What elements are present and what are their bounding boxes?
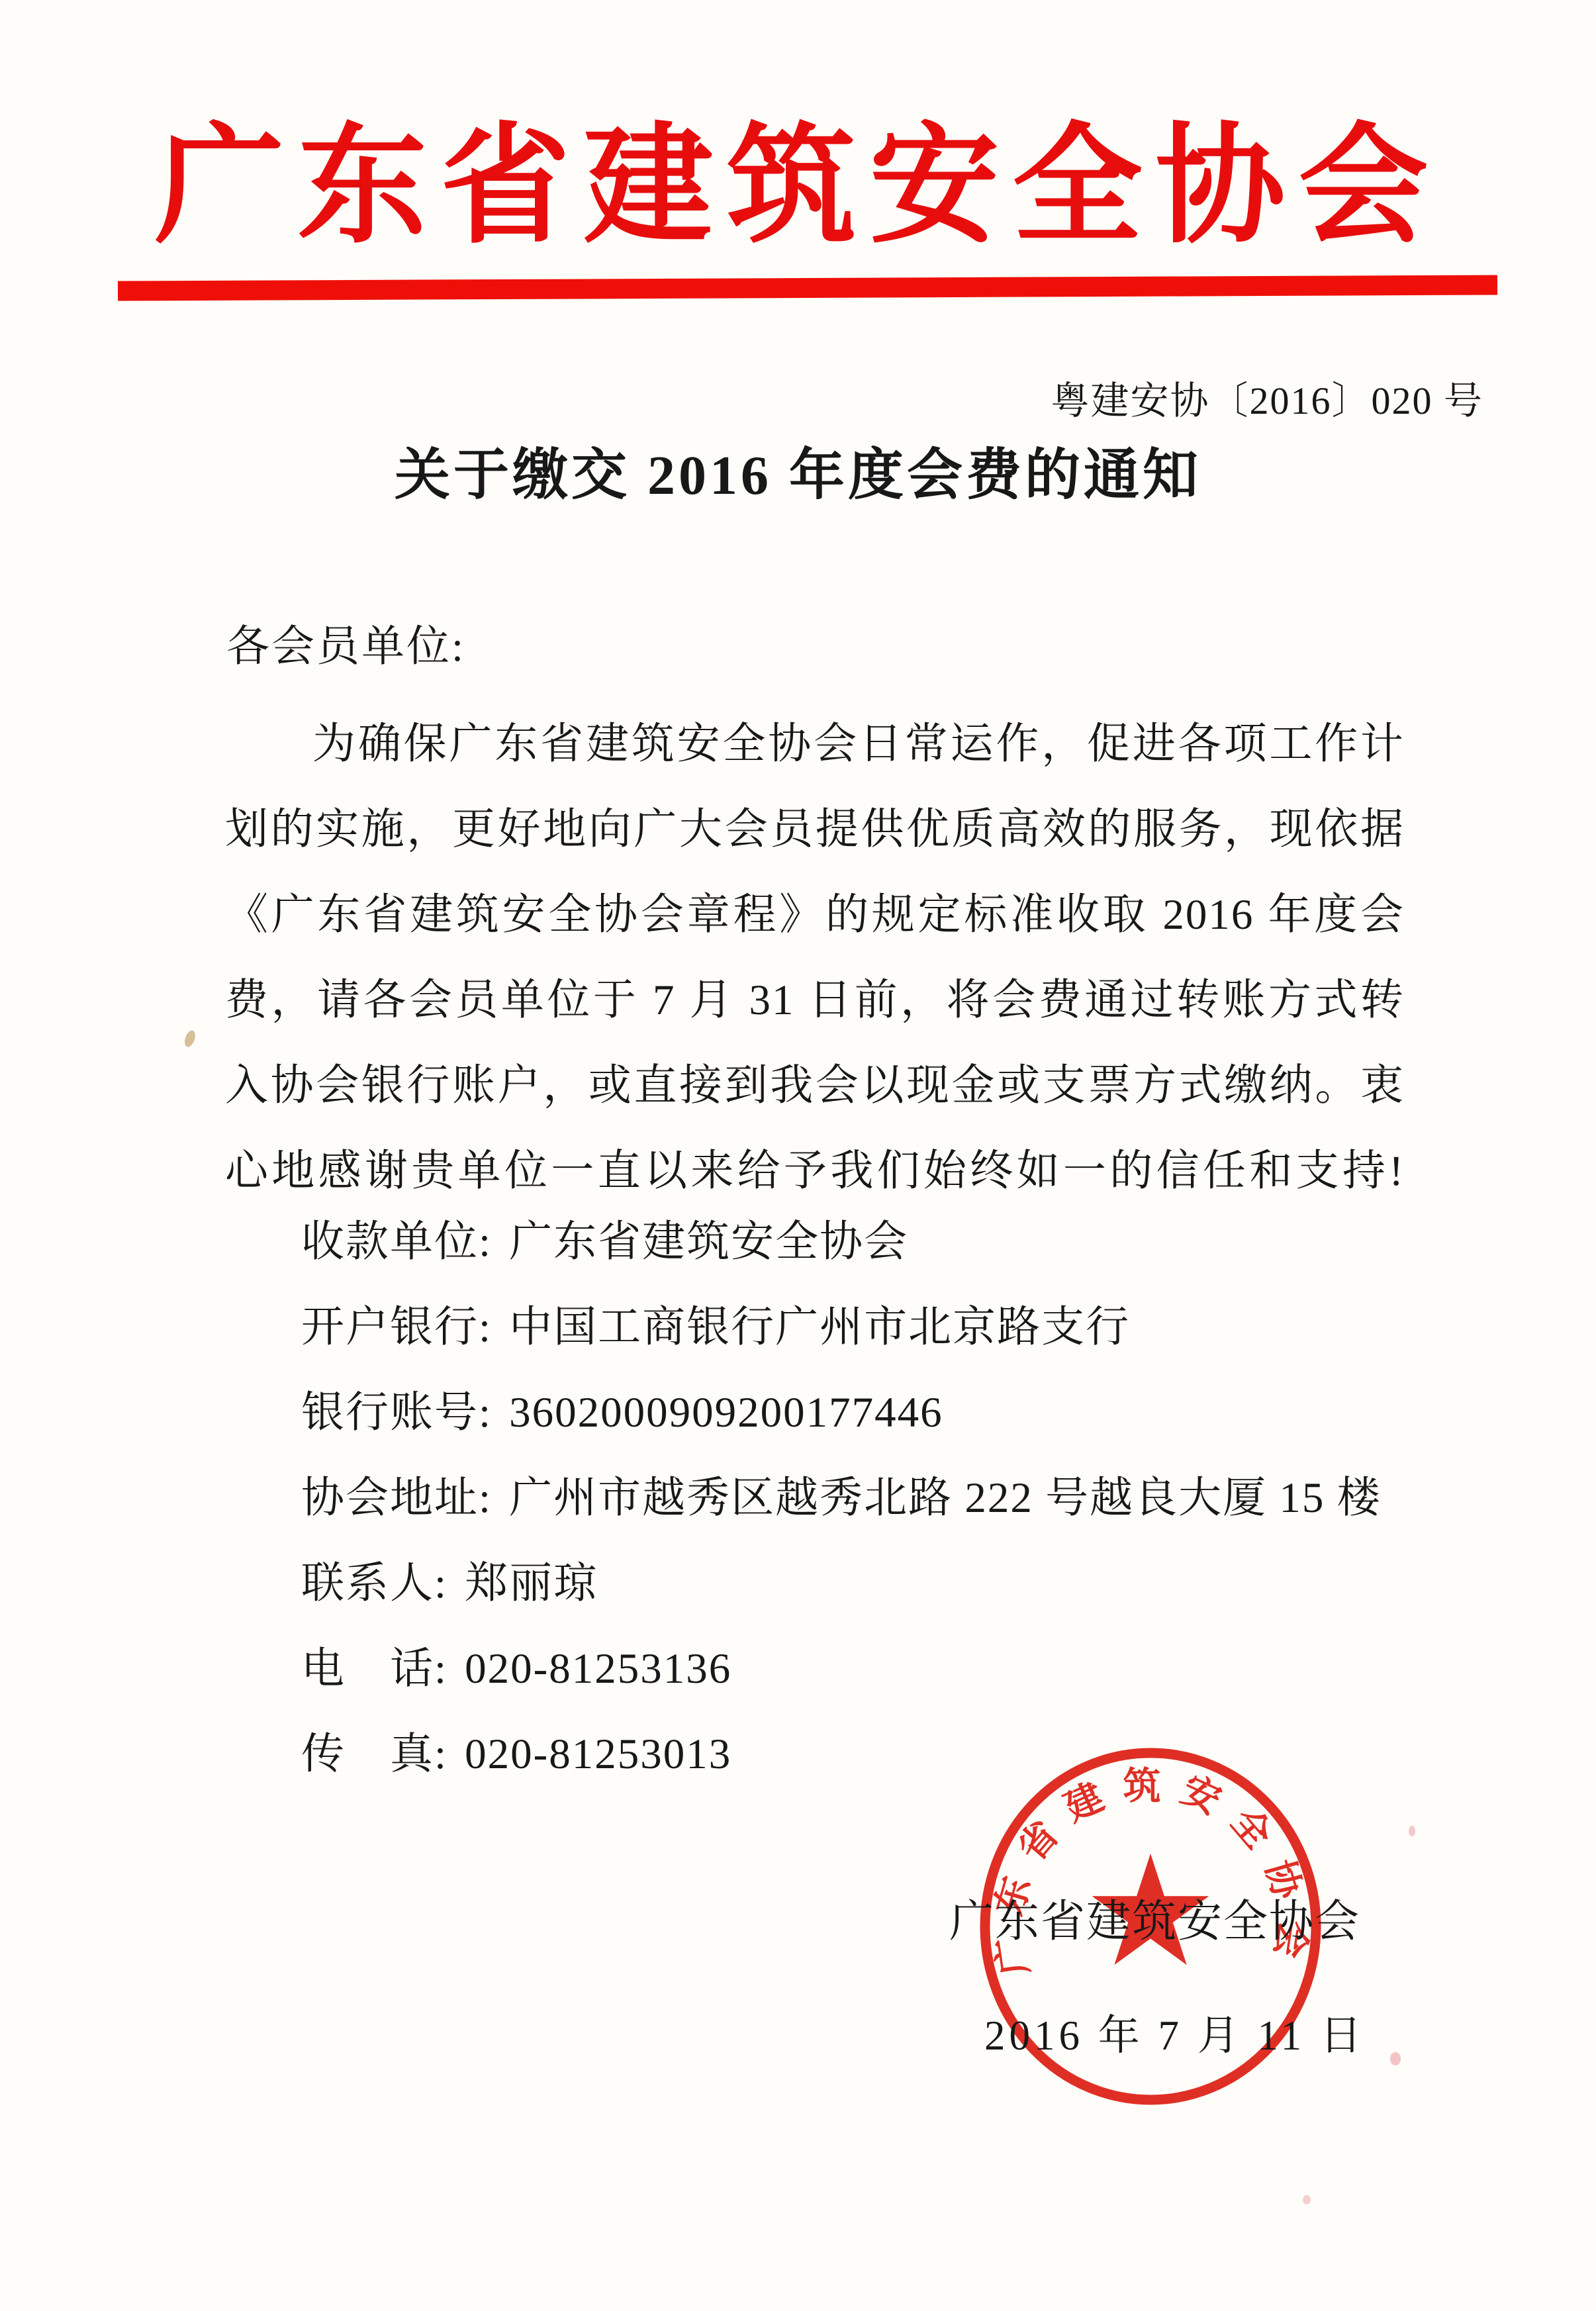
detail-value: 020-81253013 <box>465 1730 731 1778</box>
letterhead-rule <box>118 275 1497 301</box>
detail-label: 协会地址: <box>301 1474 492 1522</box>
detail-label: 银行账号: <box>301 1389 492 1437</box>
detail-value: 广州市越秀区越秀北路 222 号越良大厦 15 楼 <box>509 1474 1382 1522</box>
body-line: 划的实施，更好地向广大会员提供优质高效的服务，现依据 <box>225 787 1405 873</box>
scan-speck <box>1409 1826 1415 1836</box>
body-line: 为确保广东省建筑安全协会日常运作，促进各项工作计 <box>225 702 1405 787</box>
signature-date: 2016 年 7 月 11 日 <box>984 2007 1366 2064</box>
signature-org-name: 广东省建筑安全协会 <box>949 1892 1360 1952</box>
body-line: 入协会银行账户，或直接到我会以现金或支票方式缴纳。衷 <box>225 1043 1405 1129</box>
detail-row-payee: 收款单位:广东省建筑安全协会 <box>301 1200 1440 1285</box>
detail-label: 联系人: <box>301 1560 447 1607</box>
letterhead-org-name: 广东省建筑安全协会 <box>0 105 1596 270</box>
detail-row-phone: 电 话:020-81253136 <box>301 1627 1440 1712</box>
detail-row-bank: 开户银行:中国工商银行广州市北京路支行 <box>301 1285 1440 1370</box>
detail-row-address: 协会地址:广州市越秀区越秀北路 222 号越良大厦 15 楼 <box>301 1456 1440 1541</box>
detail-value: 中国工商银行广州市北京路支行 <box>509 1303 1130 1351</box>
detail-value: 广东省建筑安全协会 <box>509 1218 908 1266</box>
detail-label: 开户银行: <box>301 1303 492 1351</box>
detail-value: 020-81253136 <box>465 1645 731 1693</box>
page-title: 关于缴交 2016 年度会费的通知 <box>0 440 1596 512</box>
scan-speck <box>1303 2195 1311 2204</box>
salutation: 各会员单位: <box>226 617 465 677</box>
body-line: 《广东省建筑安全协会章程》的规定标准收取 2016 年度会 <box>225 873 1405 958</box>
scan-speck <box>1390 2052 1401 2065</box>
doc-number: 粤建安协〔2016〕020 号 <box>1051 375 1483 428</box>
detail-row-contact: 联系人:郑丽琼 <box>301 1541 1440 1627</box>
detail-label: 收款单位: <box>301 1218 492 1266</box>
detail-row-account: 银行账号:3602000909200177446 <box>301 1370 1440 1456</box>
scanned-letter-page: 广东省建筑安全协会 粤建安协〔2016〕020 号 关于缴交 2016 年度会费… <box>0 0 1596 2311</box>
detail-label: 电 话: <box>301 1645 447 1693</box>
detail-value: 郑丽琼 <box>465 1560 598 1607</box>
detail-value: 3602000909200177446 <box>509 1389 943 1437</box>
body-line: 费，请各会员单位于 7 月 31 日前，将会费通过转账方式转 <box>225 958 1405 1043</box>
scan-speck <box>183 1029 197 1048</box>
detail-label: 传 真: <box>301 1730 447 1778</box>
details-list: 收款单位:广东省建筑安全协会 开户银行:中国工商银行广州市北京路支行 银行账号:… <box>301 1200 1440 1797</box>
body-paragraph: 为确保广东省建筑安全协会日常运作，促进各项工作计 划的实施，更好地向广大会员提供… <box>225 702 1405 1214</box>
